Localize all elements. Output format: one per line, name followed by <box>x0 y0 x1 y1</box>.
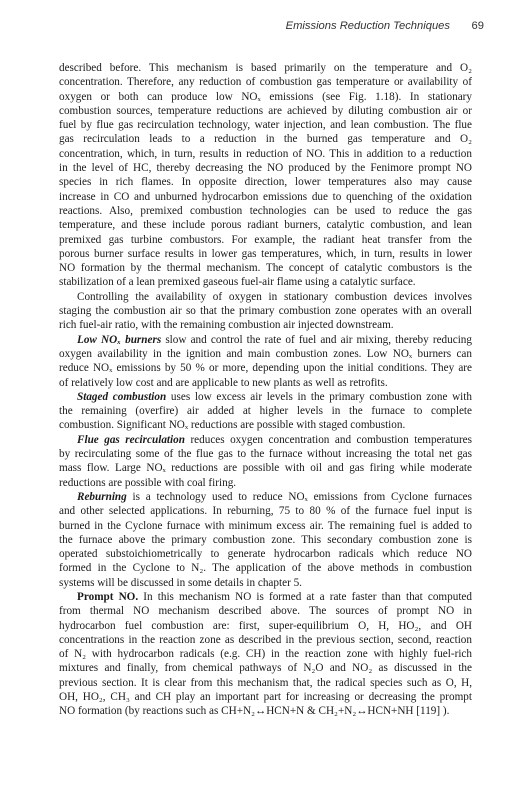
text-line: NO formation by the thermal mechanism. T… <box>59 261 472 275</box>
text-line: mass flow. Large NOₓ reductions are poss… <box>59 461 472 475</box>
text-line: oxygen availability in the ignition and … <box>59 347 472 361</box>
text-line: Low NOₓ burners slow and control the rat… <box>59 333 472 347</box>
text-line: OH, HO₂, CH₃ and CH play an important pa… <box>59 690 472 704</box>
text-line: formed in the Cyclone to N₂. The applica… <box>59 561 472 575</box>
text-line: concentrations in the reaction zone as d… <box>59 633 472 647</box>
text-line: from thermal NO mechanism described abov… <box>59 604 472 618</box>
text-line: Prompt NO. In this mechanism NO is forme… <box>59 590 472 604</box>
text-line: concentration. Therefore, any reduction … <box>59 75 472 89</box>
text-line: reduce NOₓ emissions by 50 % or more, de… <box>59 361 472 375</box>
body-text: described before. This mechanism is base… <box>59 61 472 719</box>
text-line: systems will be discussed in some detail… <box>59 576 472 590</box>
text-line: operated substoichiometrically to genera… <box>59 547 472 561</box>
text-line: by recirculating some of the flue gas to… <box>59 447 472 461</box>
page-number: 69 <box>472 20 484 32</box>
text-line: Staged combustion uses low excess air le… <box>59 390 472 404</box>
text-line: oxygen or both can produce low NOₓ emiss… <box>59 90 472 104</box>
text-line: combustion sources, temperature reductio… <box>59 104 472 118</box>
text-line: hydrocarbon fuel combustion are: first, … <box>59 619 472 633</box>
text-line: premixed gas turbine combustors. For exa… <box>59 233 472 247</box>
text-line: of relatively low cost and are applicabl… <box>59 376 472 390</box>
text-line: the remaining (overfire) air added at hi… <box>59 404 472 418</box>
run-in-heading: Low NOₓ burners <box>77 334 161 346</box>
run-in-heading: Reburning <box>77 491 127 503</box>
text-line: species in rich flames. In opposite dire… <box>59 175 472 189</box>
run-in-heading: Flue gas recirculation <box>77 434 185 446</box>
text-line: temperature, and these include porous ra… <box>59 218 472 232</box>
text-line: rich fuel-air ratio, with the remaining … <box>59 318 472 332</box>
text-line: mixtures and finally, from chemical path… <box>59 661 472 675</box>
running-title: Emissions Reduction Techniques <box>286 20 450 32</box>
text-line: described before. This mechanism is base… <box>59 61 472 75</box>
text-line: the furnace above the primary combustion… <box>59 533 472 547</box>
running-header: Emissions Reduction Techniques 69 <box>0 20 532 36</box>
text-line: concentration, which, in turn, results i… <box>59 147 472 161</box>
text-line: stabilization of a lean premixed gaseous… <box>59 275 472 289</box>
text-line: increase in CO and unburned hydrocarbon … <box>59 190 472 204</box>
run-in-heading: Staged combustion <box>77 391 166 403</box>
text-line: Controlling the availability of oxygen i… <box>59 290 472 304</box>
text-line: reactions. Also, premixed combustion tec… <box>59 204 472 218</box>
text-line: staging the combustion air so that the p… <box>59 304 472 318</box>
text-line: previous section. It is clear from this … <box>59 676 472 690</box>
text-line: Flue gas recirculation reduces oxygen co… <box>59 433 472 447</box>
text-line: of N₂ with hydrocarbon radicals (e.g. CH… <box>59 647 472 661</box>
text-line: gas recirculation leads to a reduction i… <box>59 132 472 146</box>
text-line: combustion. Significant NOₓ reductions a… <box>59 418 472 432</box>
text-line: porous burner surface results in lower g… <box>59 247 472 261</box>
text-line: reductions are possible with coal firing… <box>59 476 472 490</box>
text-line: fuel by flue gas recirculation technolog… <box>59 118 472 132</box>
text-line: Reburning is a technology used to reduce… <box>59 490 472 504</box>
text-line: in the level of HC, thereby decreasing t… <box>59 161 472 175</box>
text-line: NO formation (by reactions such as CH+N₂… <box>59 704 472 718</box>
text-line: and other selected applications. In rebu… <box>59 504 472 518</box>
run-in-heading: Prompt NO. <box>77 591 138 603</box>
document-page: Emissions Reduction Techniques 69 descri… <box>0 0 532 800</box>
text-line: burned in the Cyclone furnace with minim… <box>59 519 472 533</box>
